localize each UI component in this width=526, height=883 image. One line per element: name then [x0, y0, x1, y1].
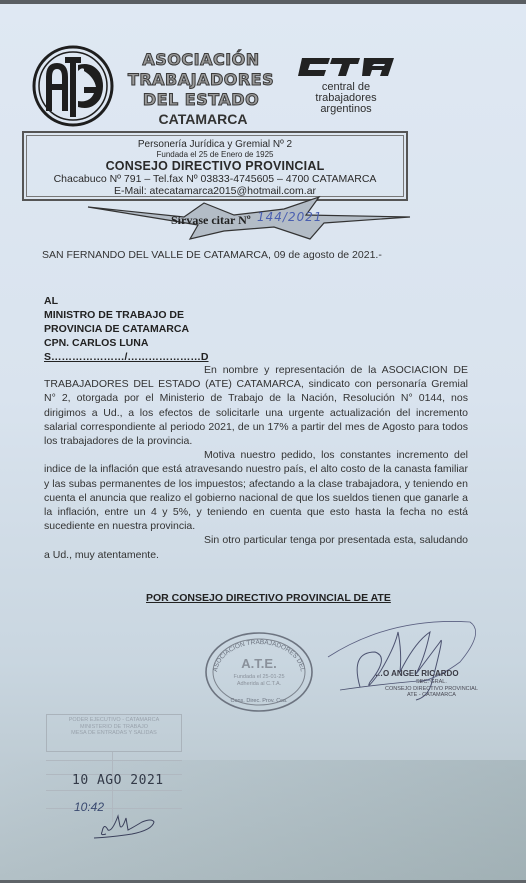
cta-logo-block: central de trabajadores argentinos	[296, 56, 396, 115]
org-name-line: DEL ESTADO	[116, 90, 286, 110]
address-line: Chacabuco Nº 791 – Tel.fax Nº 03833-4745…	[24, 173, 406, 185]
svg-text:Adherida al C.T.A.: Adherida al C.T.A.	[237, 681, 282, 687]
body-paragraph: Sin otro particular tenga por presentada…	[44, 533, 468, 561]
svg-text:A.T.E.: A.T.E.	[241, 656, 276, 671]
stamp-row	[46, 808, 182, 809]
legal-status: Personería Jurídica y Gremial Nº 2	[24, 139, 406, 150]
recipient-line: MINISTRO DE TRABAJO DE	[44, 308, 209, 322]
organization-seal-icon: A.T.E. Fundada el 25-01-25 Adherida al C…	[203, 630, 315, 714]
receiver-signature-icon	[92, 812, 162, 842]
received-date: 10 AGO 2021	[72, 773, 164, 788]
stamp-row	[46, 790, 182, 791]
signature-block-title: POR CONSEJO DIRECTIVO PROVINCIAL DE ATE	[146, 592, 391, 604]
council-name: CONSEJO DIRECTIVO PROVINCIAL	[24, 159, 406, 173]
salutation-line: S…………………/…………………D	[44, 350, 209, 364]
stamp-row	[46, 760, 182, 761]
citation-label: Sirvase citar Nº	[171, 213, 251, 228]
org-name-line: TRABAJADORES	[116, 70, 286, 90]
letter-body: En nombre y representación de la ASOCIAC…	[44, 363, 468, 562]
founded-date: Fundada el 25 de Enero de 1925	[24, 150, 406, 159]
signer-role: SEC. GRAL. CONSEJO DIRECTIVO PROVINCIAL …	[385, 679, 478, 699]
citation-number: 144/2021	[257, 210, 323, 224]
recipient-line: PROVINCIA DE CATAMARCA	[44, 322, 209, 336]
place-date-line: SAN FERNANDO DEL VALLE DE CATAMARCA, 09 …	[42, 249, 382, 261]
received-stamp-header: PODER EJECUTIVO - CATAMARCA MINISTERIO D…	[46, 714, 182, 752]
signer-role-line: ATE - CATAMARCA	[385, 692, 478, 699]
signer-name: …O ANGEL RICARDO	[375, 669, 459, 678]
recipient-line: AL	[44, 294, 209, 308]
cta-subtitle-line: argentinos	[296, 104, 396, 115]
stamp-header-line: MESA DE ENTRADAS Y SALIDAS	[47, 730, 181, 737]
svg-text:Fundada el 25-01-25: Fundada el 25-01-25	[233, 674, 284, 680]
organization-city: CATAMARCA	[118, 111, 288, 127]
cta-subtitle: central de trabajadores argentinos	[296, 82, 396, 115]
org-name-line: ASOCIACIÓN	[116, 50, 286, 70]
recipient-line: CPN. CARLOS LUNA	[44, 336, 209, 350]
body-paragraph: Motiva nuestro pedido, los constantes in…	[44, 448, 468, 533]
organization-name: ASOCIACIÓN TRABAJADORES DEL ESTADO	[116, 50, 286, 110]
letterhead-info-box: Personería Jurídica y Gremial Nº 2 Funda…	[22, 131, 408, 201]
body-paragraph: En nombre y representación de la ASOCIAC…	[44, 363, 468, 448]
recipient-block: AL MINISTRO DE TRABAJO DE PROVINCIA DE C…	[44, 294, 209, 364]
cta-logo-icon	[296, 56, 396, 78]
ate-logo-icon	[32, 45, 114, 127]
svg-text:Cons. Direc. Prov. Cca.: Cons. Direc. Prov. Cca.	[230, 698, 288, 704]
